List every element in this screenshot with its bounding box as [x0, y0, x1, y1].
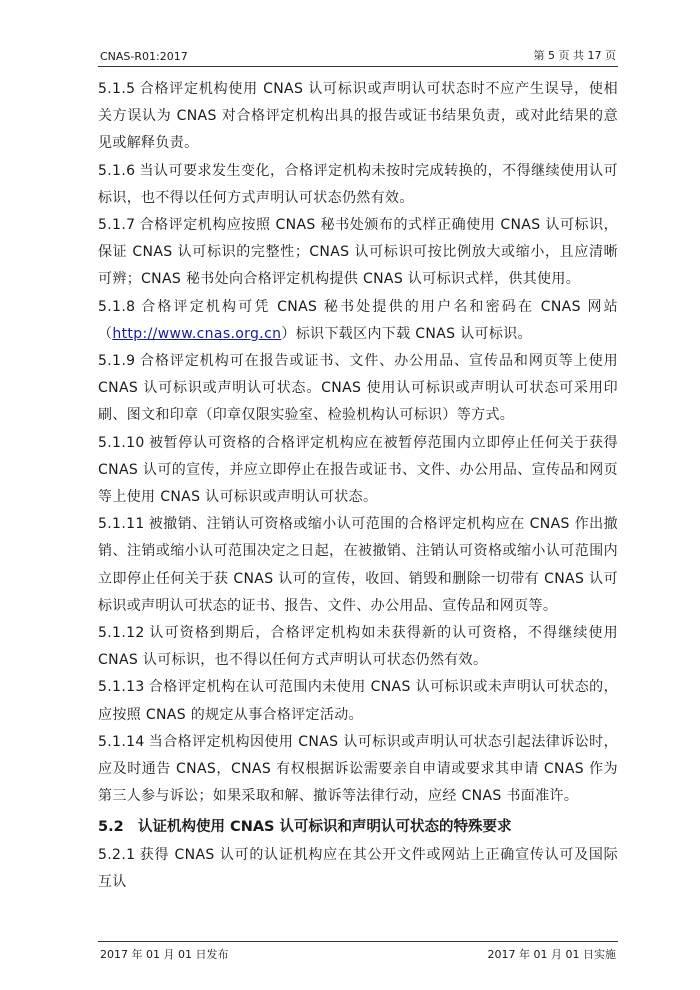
cnas-website-link[interactable]: http://www.cnas.org.cn — [112, 326, 281, 342]
clause-text: 合格评定机构应按照 CNAS 秘书处颁布的式样正确使用 CNAS 认可标识，保证… — [98, 217, 618, 287]
clause-text: 合格评定机构在认可范围内未使用 CNAS 认可标识或未声明认可状态的，应按照 C… — [98, 679, 618, 722]
clause-5-1-11: 5.1.11被撤销、注销认可资格或缩小认可范围的合格评定机构应在 CNAS 作出… — [98, 511, 618, 620]
clause-number: 5.1.13 — [98, 679, 145, 695]
clause-number: 5.1.9 — [98, 353, 135, 369]
clause-number: 5.2.1 — [98, 847, 135, 863]
section-number: 5.2 — [98, 814, 138, 841]
clause-number: 5.1.8 — [98, 299, 135, 315]
clause-5-1-6: 5.1.6当认可要求发生变化，合格评定机构未按时完成转换的，不得继续使用认可标识… — [98, 158, 618, 212]
clause-5-1-7: 5.1.7合格评定机构应按照 CNAS 秘书处颁布的式样正确使用 CNAS 认可… — [98, 212, 618, 294]
page-number: 第 5 页 共 17 页 — [534, 47, 616, 63]
document-id: CNAS-R01:2017 — [100, 50, 188, 63]
clause-text: 获得 CNAS 认可的认证机构应在其公开文件或网站上正确宣传认可及国际互认 — [98, 847, 618, 890]
clause-number: 5.1.12 — [98, 625, 145, 641]
issue-date: 2017 年 01 月 01 日发布 — [100, 946, 228, 962]
clause-5-1-8: 5.1.8合格评定机构可凭 CNAS 秘书处提供的用户名和密码在 CNAS 网站… — [98, 294, 618, 348]
clause-5-2-1: 5.2.1获得 CNAS 认可的认证机构应在其公开文件或网站上正确宣传认可及国际… — [98, 842, 618, 896]
document-page: CNAS-R01:2017 第 5 页 共 17 页 5.1.5合格评定机构使用… — [0, 0, 700, 990]
clause-text: 当合格评定机构因使用 CNAS 认可标识或声明认可状态引起法律诉讼时，应及时通告… — [98, 734, 618, 804]
clause-text: 被暂停认可资格的合格评定机构应在被暂停范围内立即停止任何关于获得 CNAS 认可… — [98, 435, 618, 505]
clause-5-1-9: 5.1.9合格评定机构可在报告或证书、文件、办公用品、宣传品和网页等上使用 CN… — [98, 348, 618, 430]
clause-number: 5.1.5 — [98, 81, 135, 97]
clause-5-1-14: 5.1.14当合格评定机构因使用 CNAS 认可标识或声明认可状态引起法律诉讼时… — [98, 729, 618, 811]
implementation-date: 2017 年 01 月 01 日实施 — [488, 946, 616, 962]
clause-number: 5.1.10 — [98, 435, 145, 451]
section-heading-5-2: 5.2认证机构使用 CNAS 认可标识和声明认可状态的特殊要求 — [98, 814, 618, 841]
clause-5-1-10: 5.1.10被暂停认可资格的合格评定机构应在被暂停范围内立即停止任何关于获得 C… — [98, 430, 618, 512]
clause-text: 合格评定机构使用 CNAS 认可标识或声明认可状态时不应产生误导，使相关方误认为… — [98, 81, 618, 151]
page-footer: 2017 年 01 月 01 日发布 2017 年 01 月 01 日实施 — [98, 941, 618, 942]
section-title: 认证机构使用 CNAS 认可标识和声明认可状态的特殊要求 — [138, 819, 512, 835]
clause-5-1-12: 5.1.12认可资格到期后，合格评定机构如未获得新的认可资格，不得继续使用 CN… — [98, 620, 618, 674]
document-body: 5.1.5合格评定机构使用 CNAS 认可标识或声明认可状态时不应产生误导，使相… — [98, 76, 618, 896]
clause-text-continued: ）标识下载区内下载 CNAS 认可标识。 — [281, 326, 532, 342]
clause-number: 5.1.14 — [98, 734, 145, 750]
clause-text: 合格评定机构可在报告或证书、文件、办公用品、宣传品和网页等上使用 CNAS 认可… — [98, 353, 618, 423]
page-header: CNAS-R01:2017 第 5 页 共 17 页 — [98, 46, 618, 67]
clause-5-1-5: 5.1.5合格评定机构使用 CNAS 认可标识或声明认可状态时不应产生误导，使相… — [98, 76, 618, 158]
clause-text: 被撤销、注销认可资格或缩小认可范围的合格评定机构应在 CNAS 作出撤销、注销或… — [98, 516, 618, 614]
clause-number: 5.1.6 — [98, 163, 135, 179]
clause-5-1-13: 5.1.13合格评定机构在认可范围内未使用 CNAS 认可标识或未声明认可状态的… — [98, 674, 618, 728]
clause-text: 认可资格到期后，合格评定机构如未获得新的认可资格，不得继续使用 CNAS 认可标… — [98, 625, 618, 668]
clause-number: 5.1.11 — [98, 516, 145, 532]
clause-number: 5.1.7 — [98, 217, 135, 233]
clause-text: 当认可要求发生变化，合格评定机构未按时完成转换的，不得继续使用认可标识，也不得以… — [98, 163, 618, 206]
